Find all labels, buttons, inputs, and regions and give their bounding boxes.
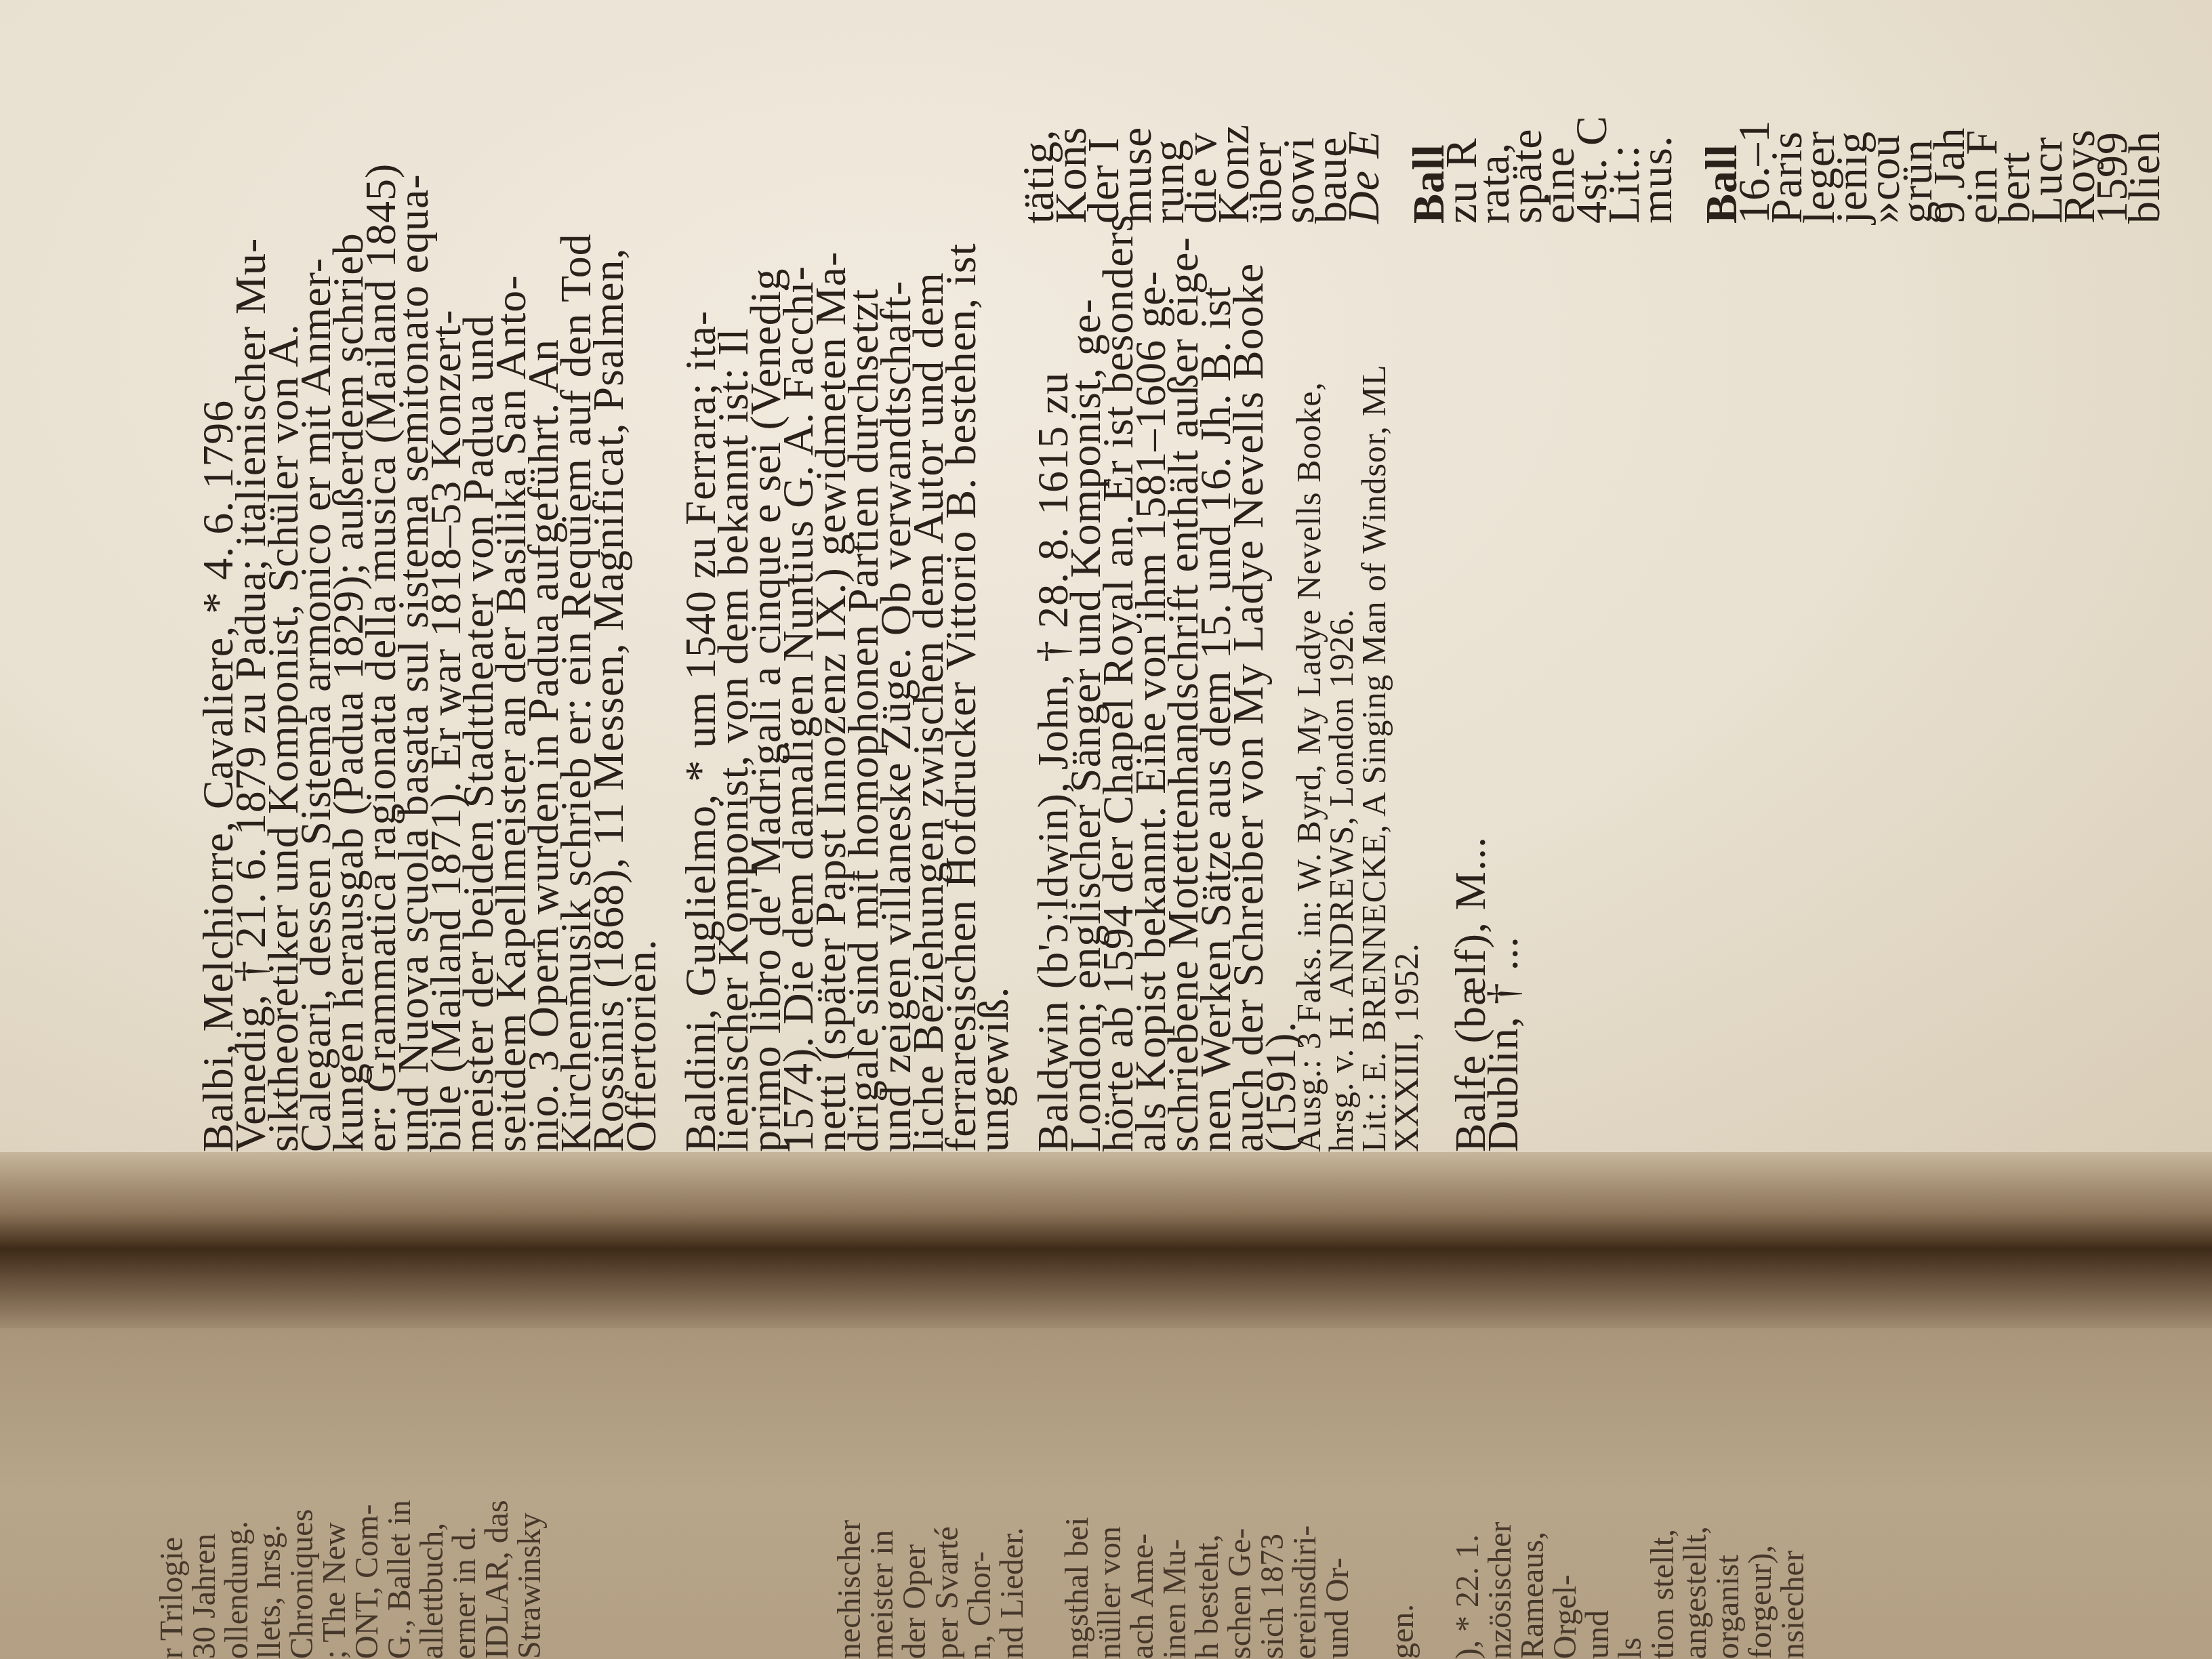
text-line: sowi: [1277, 0, 1309, 224]
text-line: tion stellt,: [1647, 1388, 1679, 1659]
text-line: schen Ge-: [1224, 1388, 1256, 1659]
text-line: mus.: [1635, 0, 1667, 224]
text-line: seitdem Kapellmeister an der Basilika Sa…: [489, 14, 522, 1152]
text-line: Rossinis (1868), 11 Messen, Magnificat, …: [587, 14, 619, 1152]
text-line: ollendung.: [221, 1415, 253, 1659]
text-line: Konz: [1212, 0, 1244, 224]
text-line: über: [1244, 0, 1277, 224]
text-line: drigale sind mit homophonen Partien durc…: [842, 14, 874, 1152]
text-line: lienischer Komponist, von dem bekannt is…: [712, 14, 744, 1152]
text-line: Baldini, Guglielmo, * um 1540 zu Ferrara…: [679, 14, 712, 1152]
text-line: 9 Jah: [1927, 0, 1960, 224]
text-line: nd Lieder.: [996, 1388, 1029, 1659]
text-line: Paris: [1765, 0, 1797, 224]
text-line: Lucr: [2025, 0, 2057, 224]
text-line: leger: [1797, 0, 1830, 224]
headword: Ball: [1700, 0, 1732, 224]
text-line: IDLAR, das: [481, 1415, 514, 1659]
text-line: späte: [1504, 0, 1537, 224]
text-line: ; The New: [319, 1415, 351, 1659]
text-line: grün: [1895, 0, 1927, 224]
text-line: rata,: [1472, 0, 1504, 224]
text-line: [1029, 1388, 1061, 1659]
text-line: G., Ballet in: [384, 1415, 416, 1659]
text-line: Orgel-: [1549, 1388, 1582, 1659]
text-line: gen.: [1387, 1388, 1419, 1659]
entry-baldini: Baldini, Guglielmo, * um 1540 zu Ferrara…: [679, 14, 1004, 1152]
text-line: siktheoretiker und Komponist, Schüler vo…: [262, 14, 294, 1152]
entry-balbi: Balbi, Melchiorre, Cavaliere, * 4. 6. 17…: [197, 14, 652, 1152]
text-line: liche Beziehungen zwischen dem Autor und…: [907, 14, 939, 1152]
text-line: er: Grammatica ragionata della musica (M…: [359, 14, 392, 1152]
text-line: tätig,: [1017, 0, 1049, 224]
text-line: Kons: [1049, 0, 1082, 224]
text-line: und zeigen villaneske Züge. Ob verwandts…: [874, 14, 907, 1152]
text-line: nechischer: [834, 1388, 866, 1659]
text-line: der Oper: [899, 1388, 931, 1659]
text-line: r Trilogie: [156, 1415, 188, 1659]
text-line: ), * 22. 1.: [1452, 1388, 1484, 1659]
text-line: kungen herausgab (Padua 1829); außerdem …: [327, 14, 359, 1152]
text-line: angestellt,: [1679, 1388, 1712, 1659]
text-line: der I: [1082, 0, 1114, 224]
text-line: Rameaus,: [1517, 1388, 1549, 1659]
text-line: primo libro de' Madrigali a cinque e sei…: [744, 14, 777, 1152]
text-line: eine: [1537, 0, 1570, 224]
text-line: per Svarté: [931, 1388, 964, 1659]
text-line: nio. 3 Opern wurden in Padua aufgeführt.…: [522, 14, 554, 1152]
text-line: ach Ame-: [1126, 1388, 1159, 1659]
text-line: Kirchenmusik schrieb er: ein Requiem auf…: [554, 14, 587, 1152]
text-line: sich 1873: [1256, 1388, 1289, 1659]
book-gutter: [0, 1152, 2212, 1328]
text-line: inen Mu-: [1159, 1388, 1191, 1659]
left-page-column-2: nechischer meister in der Oper per Svart…: [834, 1388, 1809, 1659]
text-line: h besteht,: [1191, 1388, 1224, 1659]
text-line: und Or-: [1322, 1388, 1354, 1659]
text-line: nsiecher: [1777, 1388, 1809, 1659]
text-line: 1574). Die dem damaligen Nuntius G. A. F…: [777, 14, 809, 1152]
text-line: ein F: [1960, 0, 1992, 224]
text-line: ferraresischen Hofdrucker Vittorio B. be…: [939, 14, 972, 1152]
text-line: ls: [1614, 1388, 1647, 1659]
right-page-second-column: tätig, Kons der I muse rung die v Konz ü…: [1017, 0, 2155, 224]
text-line: ngsthal bei: [1061, 1388, 1094, 1659]
text-line: 16.–1: [1732, 0, 1765, 224]
text-line: nüller von: [1094, 1388, 1126, 1659]
text-line: und: [1582, 1388, 1614, 1659]
headword: Ball: [1407, 0, 1439, 224]
text-line: ONT, Com-: [351, 1415, 384, 1659]
text-line: n, Chor-: [964, 1388, 996, 1659]
text-line: Venedig, † 21. 6. 1879 zu Padua; italien…: [229, 14, 262, 1152]
text-line: baue: [1309, 0, 1342, 224]
text-line: forgeur),: [1744, 1388, 1777, 1659]
text-line: allettbuch,: [416, 1415, 449, 1659]
text-line: muse: [1114, 0, 1147, 224]
text-line: »cou: [1862, 0, 1895, 224]
text-line: meister der beiden Stadttheater von Padu…: [457, 14, 489, 1152]
text-line: nzösischer: [1484, 1388, 1517, 1659]
text-line: bert: [1992, 0, 2025, 224]
text-line: zu R: [1439, 0, 1472, 224]
text-line: rung: [1147, 0, 1179, 224]
left-page-column-1: r Trilogie 30 Jahren ollendung. llets, h…: [156, 1415, 546, 1659]
text-line: 30 Jahren: [188, 1415, 221, 1659]
text-line: erner in d.: [449, 1415, 481, 1659]
text-line: organist: [1712, 1388, 1744, 1659]
text-line: Chroniques: [286, 1415, 319, 1659]
text-line: die v: [1179, 0, 1212, 224]
text-line: 4st. C: [1570, 0, 1602, 224]
text-line: ereinsdiri-: [1289, 1388, 1322, 1659]
text-line: 1599: [2090, 0, 2123, 224]
text-line: Calegari, dessen Sistema armonico er mit…: [294, 14, 327, 1152]
text-line: Balbi, Melchiorre, Cavaliere, * 4. 6. 17…: [197, 14, 229, 1152]
text-line: Roys: [2057, 0, 2090, 224]
text-line: blieh: [2123, 0, 2155, 224]
text-line: llets, hrsg.: [253, 1415, 286, 1659]
text-line: und Nuova scuola basata sul sistema semi…: [392, 14, 424, 1152]
text-line: [1354, 1388, 1387, 1659]
text-line: jenig: [1830, 0, 1862, 224]
text-line: meister in: [866, 1388, 899, 1659]
text-line: [1419, 1388, 1452, 1659]
text-line: Strawinsky: [514, 1415, 546, 1659]
text-line: Lit.:: [1602, 0, 1635, 224]
text-line: De E: [1342, 0, 1374, 224]
text-line: netti (später Papst Innozenz IX.) gewidm…: [809, 14, 842, 1152]
